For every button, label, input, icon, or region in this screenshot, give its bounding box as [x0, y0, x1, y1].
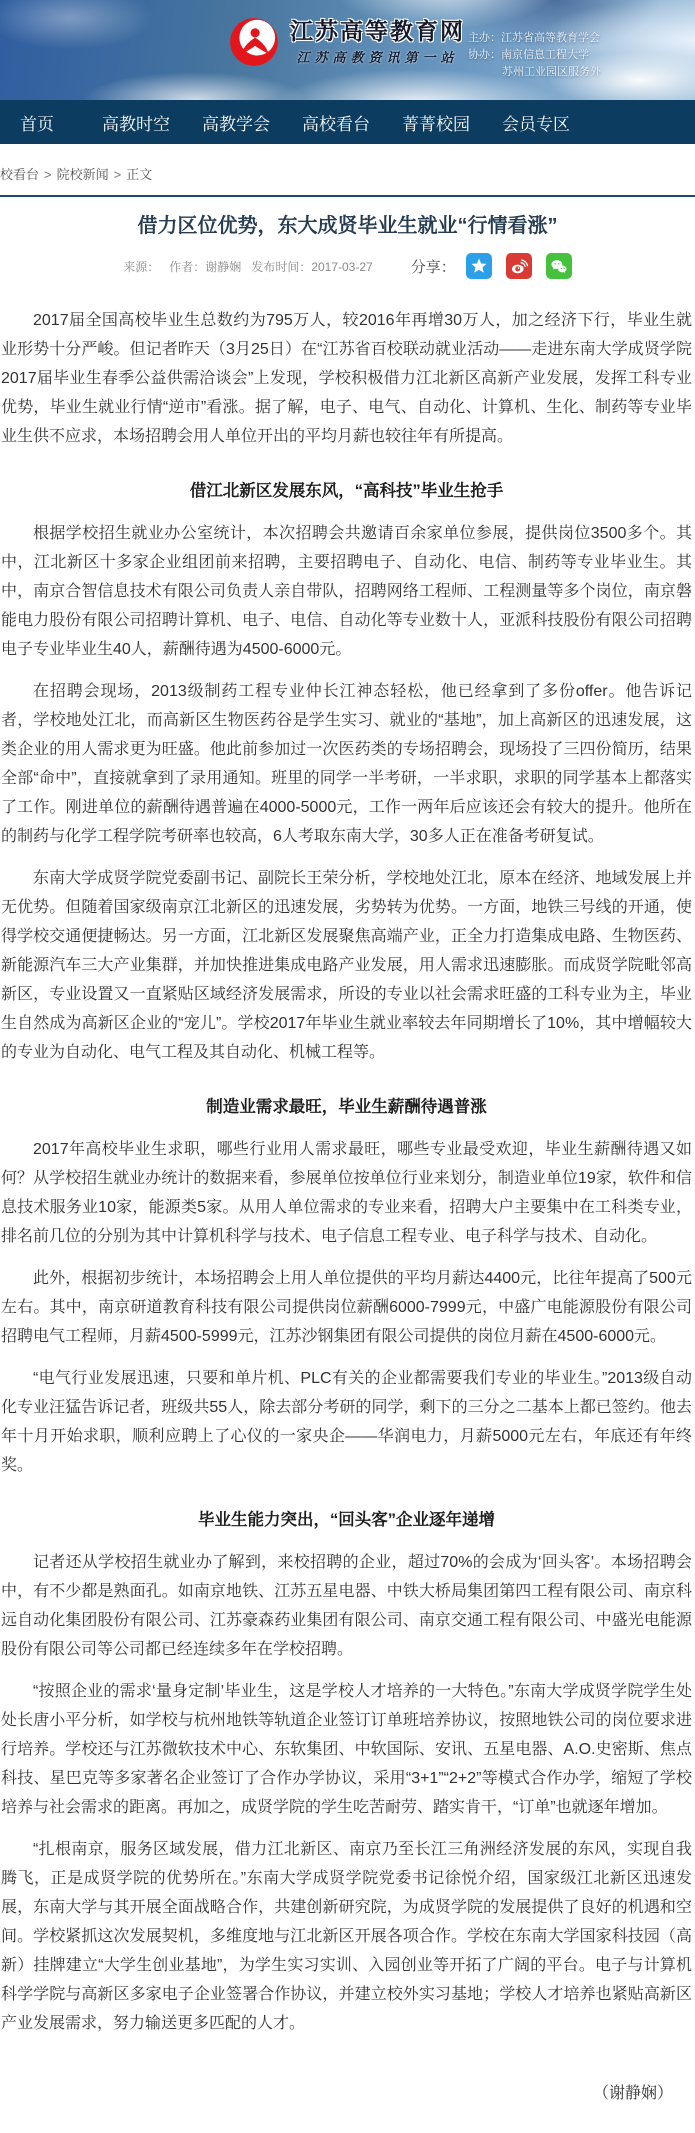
nav-item-5[interactable]: 菁菁校园	[402, 110, 502, 135]
breadcrumb-separator: >	[44, 167, 52, 182]
site-header: 江苏高等教育网 江苏高教资讯第一站 主办：江苏省高等教育学会 协办：南京信息工程…	[0, 0, 695, 100]
host-line-3: 苏州工业园区服务外	[468, 64, 695, 81]
nav-item-4[interactable]: 高校看台	[302, 110, 402, 135]
breadcrumb-separator: >	[114, 167, 122, 182]
article-paragraph: 2017年高校毕业生求职，哪些行业用人需求最旺，哪些专业最受欢迎，毕业生薪酬待遇…	[1, 1135, 692, 1251]
article-paragraph: “扎根南京，服务区域发展，借力江北新区、南京乃至长江三角洲经济发展的东风，实现自…	[1, 1835, 692, 2038]
section-heading: 制造业需求最旺，毕业生薪酬待遇普涨	[1, 1093, 692, 1122]
wechat-share-icon[interactable]	[546, 253, 572, 279]
host-line-2: 协办：南京信息工程大学	[468, 47, 695, 64]
host-line-1: 主办：江苏省高等教育学会	[468, 30, 695, 47]
article-paragraph: 东南大学成贤学院党委副书记、副院长王荣分析，学校地处江北，原本在经济、地域发展上…	[1, 864, 692, 1067]
header-divider	[0, 195, 695, 197]
share-icon-group	[466, 253, 572, 279]
article-paragraph: 在招聘会现场，2013级制药工程专业仲长江神态轻松，他已经拿到了多份offer。…	[1, 677, 692, 851]
meta-source: 来源：	[123, 258, 159, 275]
page: { "site": { "logo_title": "江苏高等教育网", "lo…	[0, 0, 695, 2133]
breadcrumb-link-2[interactable]: 院校新闻	[57, 167, 109, 182]
article-meta: 来源： 作者：谢静娴 发布时间：2017-03-27 分享：	[0, 253, 695, 279]
article-paragraph: 2017届全国高校毕业生总数约为795万人，较2016年再增30万人，加之经济下…	[1, 306, 692, 451]
site-title: 江苏高等教育网	[290, 18, 465, 44]
section-heading: 毕业生能力突出，“回头客”企业逐年递增	[1, 1506, 692, 1535]
article-title: 借力区位优势，东大成贤毕业生就业“行情看涨”	[8, 213, 687, 239]
article-paragraph: “按照企业的需求‘量身定制’毕业生，这是学校人才培养的一大特色。”东南大学成贤学…	[1, 1677, 692, 1822]
share-label: 分享：	[411, 256, 456, 277]
article-signature: （谢静娴）	[0, 2080, 695, 2103]
qzone-share-icon[interactable]	[466, 253, 492, 279]
nav-item-2[interactable]: 高教时空	[102, 110, 202, 135]
meta-author: 作者：谢静娴	[169, 258, 241, 275]
article-paragraph: 根据学校招生就业办公室统计，本次招聘会共邀请百余家单位参展，提供岗位3500多个…	[1, 519, 692, 664]
section-heading: 借江北新区发展东风，“高科技”毕业生抢手	[1, 477, 692, 506]
nav-item-3[interactable]: 高教学会	[202, 110, 302, 135]
logo-emblem-icon	[228, 16, 280, 68]
meta-date: 发布时间：2017-03-27	[251, 258, 372, 275]
article-body: 2017届全国高校毕业生总数约为795万人，较2016年再增30万人，加之经济下…	[0, 289, 695, 2038]
main-nav: 首页高教时空高教学会高校看台菁菁校园会员专区	[0, 100, 695, 144]
nav-item-6[interactable]: 会员专区	[502, 110, 602, 135]
nav-item-1[interactable]: 首页	[20, 110, 102, 135]
host-info: 主办：江苏省高等教育学会 协办：南京信息工程大学 苏州工业园区服务外	[468, 30, 695, 81]
weibo-share-icon[interactable]	[506, 253, 532, 279]
breadcrumb: 校看台>院校新闻>正文	[0, 144, 695, 195]
breadcrumb-link-1[interactable]: 校看台	[0, 167, 39, 182]
article-paragraph: 此外，根据初步统计，本场招聘会上用人单位提供的平均月薪达4400元，比往年提高了…	[1, 1264, 692, 1351]
breadcrumb-current: 正文	[126, 167, 152, 182]
site-subtitle: 江苏高教资讯第一站	[290, 47, 465, 66]
article-paragraph: “电气行业发展迅速，只要和单片机、PLC有关的企业都需要我们专业的毕业生。”20…	[1, 1364, 692, 1480]
article-paragraph: 记者还从学校招生就业办了解到，来校招聘的企业，超过70%的会成为‘回头客’。本场…	[1, 1548, 692, 1664]
site-logo[interactable]: 江苏高等教育网 江苏高教资讯第一站	[228, 16, 465, 68]
